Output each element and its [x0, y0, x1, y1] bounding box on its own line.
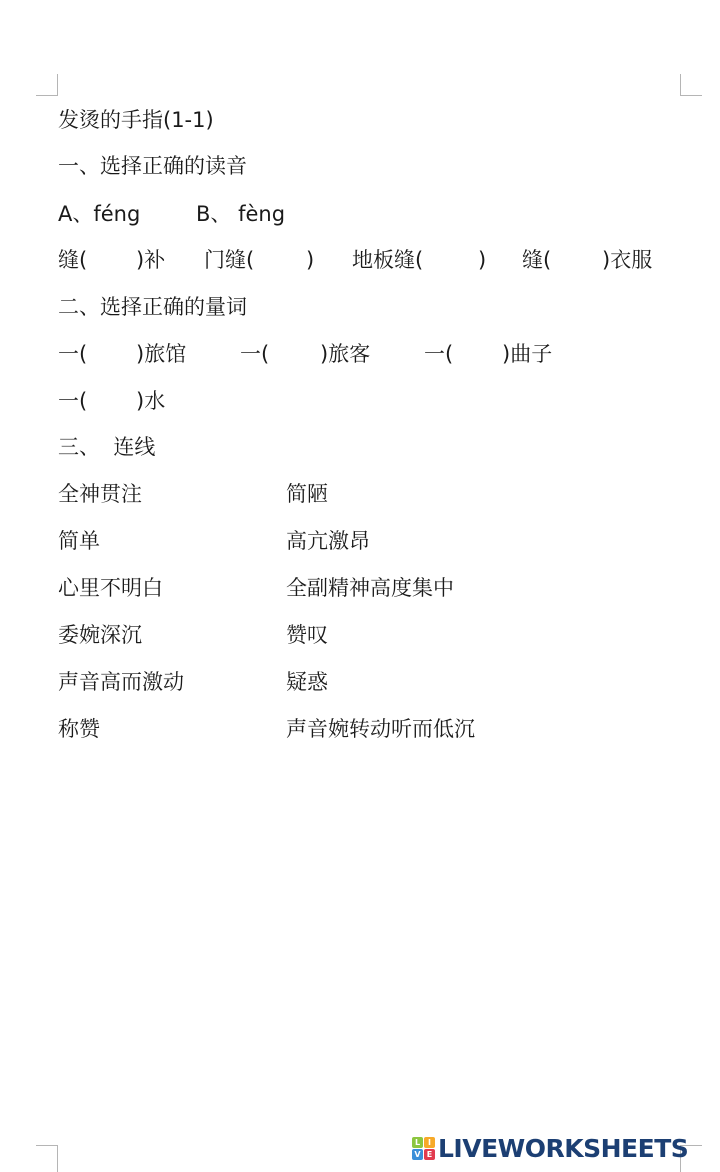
match-left-term: 委婉深沉	[58, 621, 142, 649]
measure-4-end: )水	[136, 387, 165, 415]
item-3-end: )	[478, 246, 486, 274]
measure-2-end: )旅客	[320, 340, 370, 368]
page-corner-mark-bottom-left	[36, 1145, 58, 1172]
page-corner-mark-top-left	[36, 74, 58, 96]
measure-2-start: 一(	[240, 340, 269, 368]
match-right-term: 高亢激昂	[286, 527, 370, 555]
measure-1-end: )旅馆	[136, 340, 186, 368]
item-2-start: 门缝(	[204, 246, 254, 274]
match-right-term: 简陋	[286, 480, 328, 508]
match-left-term: 全神贯注	[58, 480, 142, 508]
match-right-term: 赞叹	[286, 621, 328, 649]
section2-heading: 二、选择正确的量词	[58, 293, 247, 321]
page-corner-mark-top-right	[680, 74, 702, 96]
measure-1-start: 一(	[58, 340, 87, 368]
tile-l: L	[412, 1137, 423, 1148]
match-left-term: 心里不明白	[58, 574, 163, 602]
item-1-start: 缝(	[58, 246, 87, 274]
option-b: B、 fèng	[196, 200, 285, 228]
item-1-end: )补	[136, 246, 165, 274]
measure-3-start: 一(	[424, 340, 453, 368]
match-right-term: 疑惑	[286, 668, 328, 696]
section1-heading: 一、选择正确的读音	[58, 152, 247, 180]
document-title: 发烫的手指(1-1)	[58, 106, 214, 134]
measure-4-start: 一(	[58, 387, 87, 415]
option-a: A、féng	[58, 200, 140, 228]
item-4-start: 缝(	[522, 246, 551, 274]
live-tiles-icon: L I V E	[412, 1137, 435, 1160]
liveworksheets-logo: L I V E LIVEWORKSHEETS	[412, 1134, 688, 1162]
brand-text: LIVEWORKSHEETS	[438, 1134, 688, 1163]
item-4-end: )衣服	[602, 246, 652, 274]
item-3-start: 地板缝(	[352, 246, 423, 274]
item-2-end: )	[306, 246, 314, 274]
match-right-term: 全副精神高度集中	[286, 574, 454, 602]
match-right-term: 声音婉转动听而低沉	[286, 715, 475, 743]
tile-e: E	[424, 1149, 435, 1160]
tile-v: V	[412, 1149, 423, 1160]
tile-i: I	[424, 1137, 435, 1148]
match-left-term: 称赞	[58, 715, 100, 743]
match-left-term: 简单	[58, 527, 100, 555]
match-left-term: 声音高而激动	[58, 668, 184, 696]
section3-heading: 三、 连线	[58, 433, 155, 461]
measure-3-end: )曲子	[502, 340, 552, 368]
